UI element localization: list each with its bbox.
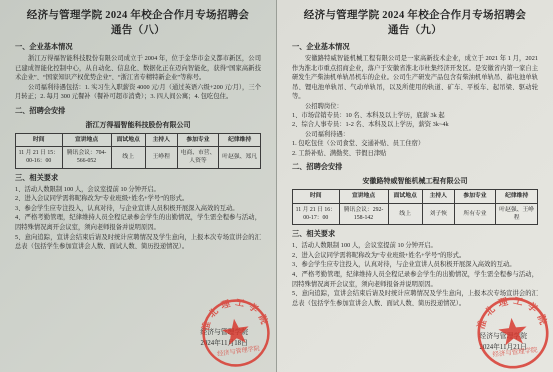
table-company-name: 浙江万得福智能科技股份有限公司 <box>15 120 261 130</box>
company-welfare-paragraph: 公司福利待遇包括：1. 实习生入职薪资 4000 元/月（通过英语六级+200 … <box>15 83 261 102</box>
cell-discipline: 叶赵强、王峥程 <box>496 203 538 225</box>
title-line-2: 通告（九） <box>292 24 538 39</box>
section-heading-company-info: 一、企业基本情况 <box>292 42 538 52</box>
table-header-row: 时间 宣讲地点 面试地点 主持人 参加专业 纪律维持 <box>293 190 538 203</box>
col-header-host: 主持人 <box>145 133 177 146</box>
section-heading-schedule: 二、招聘会安排 <box>15 106 261 116</box>
document-scan: 经济与管理学院 2024 年校企合作月专场招聘会 通告（八） 一、企业基本情况 … <box>0 0 553 372</box>
welfare-line: 2. 工龄补贴、满勤奖、节假日津贴 <box>292 149 538 158</box>
requirement-item: 1、活动人数限制 100 人，会议室提前 10 分钟开启。 <box>15 185 261 195</box>
requirement-item: 1、活动人数限制 100 人，会议室提前 10 分钟开启。 <box>292 241 538 251</box>
cell-discipline: 叶赵强、郑凡 <box>219 146 261 168</box>
table-row: 11 月 21 日 16：00-17：00 腾讯会议：292-158-142 线… <box>293 203 538 225</box>
cell-interview: 线上 <box>111 146 145 168</box>
section-heading-requirements: 三、相关要求 <box>15 173 261 183</box>
col-header-interview: 面试地点 <box>111 133 145 146</box>
welfare-line: 1. 包吃包住（公司食堂、交通补贴、员工住宿） <box>292 139 538 148</box>
col-header-venue: 宣讲地点 <box>339 190 388 203</box>
schedule-table: 时间 宣讲地点 面试地点 主持人 参加专业 纪律维持 11 月 21 日 15：… <box>15 133 261 169</box>
requirements-list: 1、活动人数限制 100 人，会议室提前 10 分钟开启。 2、进入会议同学需将… <box>15 185 261 252</box>
official-seal: 淮北理工学院 经济与管理学院 <box>195 292 276 372</box>
cell-time: 11 月 21 日 16：00-17：00 <box>293 203 340 225</box>
cell-host: 刘子恢 <box>422 203 454 225</box>
requirement-item: 3、参会学生应专注投入，认真对待，与企业宣讲人员积极开展深入高效的互动。 <box>292 260 538 270</box>
section-heading-company-info: 一、企业基本情况 <box>15 42 261 52</box>
title-line-1: 经济与管理学院 2024 年校企合作月专场招聘会 <box>292 9 538 24</box>
cell-interview: 线上 <box>388 203 422 225</box>
table-row: 11 月 21 日 15：00-16：00 腾讯会议：704-566-052 线… <box>16 146 261 168</box>
cell-host: 王峥程 <box>145 146 177 168</box>
job-line: 2、综合人事专员：1-2 名、本科及以上学历，薪资 3k~4k <box>292 120 538 129</box>
cell-majors: 所有专业 <box>454 203 496 225</box>
requirement-item: 2、进入会议同学需将昵称改为“专业班级+姓名+学号”的形式。 <box>15 194 261 204</box>
seal-star-icon <box>221 317 251 346</box>
col-header-majors: 参加专业 <box>454 190 496 203</box>
company-intro-paragraph: 浙江万得福智能科技股份有限公司成立于 2004 年，位于金华市金义都市新区，公司… <box>15 54 261 82</box>
cell-majors: 电商、市营、人资等 <box>177 146 219 168</box>
title-line-1: 经济与管理学院 2024 年校企合作月专场招聘会 <box>15 9 261 24</box>
section-heading-schedule: 二、招聘会安排 <box>292 162 538 172</box>
seal-star-icon <box>497 316 528 346</box>
page-title: 经济与管理学院 2024 年校企合作月专场招聘会 通告（八） <box>15 9 261 38</box>
page-notice-9: 经济与管理学院 2024 年校企合作月专场招聘会 通告（九） 一、企业基本情况 … <box>277 0 553 372</box>
col-header-host: 主持人 <box>422 190 454 203</box>
requirement-item: 3、参会学生应专注投入，认真对待，与企业宣讲人员积极开展深入高效的互动。 <box>15 204 261 214</box>
jobs-heading: 公招聘岗位： <box>292 102 538 111</box>
job-line: 1、市场营销专员：10 名、本科及以上学历，底薪 3k 起 <box>292 111 538 120</box>
page-title: 经济与管理学院 2024 年校企合作月专场招聘会 通告（九） <box>292 9 538 38</box>
seal-inner-text: 经济与管理学院 <box>217 344 260 358</box>
title-line-2: 通告（八） <box>15 24 261 39</box>
col-header-discipline: 纪律维持 <box>496 190 538 203</box>
seal-inner-text: 经济与管理学院 <box>492 345 538 359</box>
table-company-name: 安徽路特威智能机械工程有限公司 <box>292 176 538 186</box>
requirement-item: 4、严格考勤管理，纪律维持人员全程记录参会学生的出勤情况，学生需全程参与活动，因… <box>15 213 261 232</box>
requirement-item: 2、进入会议同学需将昵称改为“专业班级+姓名+学号”的形式。 <box>292 251 538 261</box>
col-header-time: 时间 <box>16 133 63 146</box>
section-heading-requirements: 三、相关要求 <box>292 229 538 239</box>
cell-venue: 腾讯会议：292-158-142 <box>339 203 388 225</box>
table-header-row: 时间 宣讲地点 面试地点 主持人 参加专业 纪律维持 <box>16 133 261 146</box>
requirement-item: 5、意向追踪，宣讲会结束后请及时统计应聘情况及学生意向，上报本次专场宣讲会的汇总… <box>15 233 261 252</box>
page-notice-8: 经济与管理学院 2024 年校企合作月专场招聘会 通告（八） 一、企业基本情况 … <box>0 0 277 372</box>
company-intro-paragraph: 安徽路特威智能机械工程有限公司是一家高新技术企业，成立于 2021 年 1 月，… <box>292 54 538 101</box>
col-header-interview: 面试地点 <box>388 190 422 203</box>
col-header-time: 时间 <box>293 190 340 203</box>
col-header-discipline: 纪律维持 <box>219 133 261 146</box>
official-seal: 淮北理工学院 经济与管理学院 <box>471 291 553 372</box>
cell-venue: 腾讯会议：704-566-052 <box>62 146 111 168</box>
schedule-table: 时间 宣讲地点 面试地点 主持人 参加专业 纪律维持 11 月 21 日 16：… <box>292 189 538 225</box>
col-header-majors: 参加专业 <box>177 133 219 146</box>
cell-time: 11 月 21 日 15：00-16：00 <box>16 146 63 168</box>
welfare-heading: 公司福利待遇： <box>292 130 538 139</box>
requirement-item: 4、严格考勤管理，纪律维持人员全程记录参会学生的出勤情况，学生需全程参与活动，因… <box>292 270 538 289</box>
col-header-venue: 宣讲地点 <box>62 133 111 146</box>
